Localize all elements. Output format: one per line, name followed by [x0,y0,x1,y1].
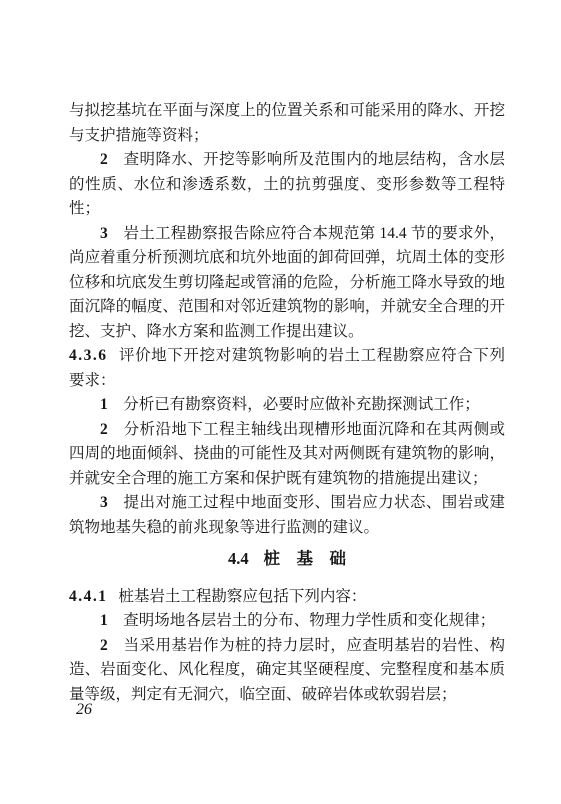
paragraph-list-item: 3提出对施工过程中地面变形、围岩应力状态、围岩或建筑物地基失稳的前兆现象等进行监… [69,491,505,540]
paragraph-text: 桩基岩土工程勘察应包括下列内容： [118,588,366,605]
clause-number: 1 [100,396,108,413]
clause-number: 4.4.1 [69,588,108,605]
section-heading: 4.4桩 基 础 [69,547,505,572]
clause-number: 2 [100,421,108,438]
paragraph-text: 桩 基 础 [263,549,346,568]
clause-number: 2 [100,151,108,168]
clause-number: 4.3.6 [69,347,108,364]
paragraph-text: 与拟挖基坑在平面与深度上的位置关系和可能采用的降水、开挖与支护措施等资料； [69,102,505,144]
paragraph-list-item: 1分析已有勘察资料，必要时应做补充勘探测试工作； [69,393,505,418]
paragraph-list-item: 1查明场地各层岩土的分布、物理力学性质和变化规律； [69,609,505,634]
paragraph-list-item: 2查明降水、开挖等影响所及范围内的地层结构，含水层的性质、水位和渗透系数，土的抗… [69,148,505,222]
paragraph-text: 查明场地各层岩土的分布、物理力学性质和变化规律； [123,612,495,629]
clause-number: 2 [100,637,108,654]
clause-number: 1 [100,612,108,629]
clause-number: 3 [100,225,108,242]
paragraph-text: 分析沿地下工程主轴线出现槽形地面沉降和在其两侧或四周的地面倾斜、挠曲的可能性及其… [69,421,505,487]
paragraph-list-item: 2分析沿地下工程主轴线出现槽形地面沉降和在其两侧或四周的地面倾斜、挠曲的可能性及… [69,418,505,492]
paragraph-text: 评价地下开挖对建筑物影响的岩土工程勘察应符合下列要求： [69,347,505,389]
paragraph-list-item: 2当采用基岩作为桩的持力层时，应查明基岩的岩性、构造、岩面变化、风化程度，确定其… [69,634,505,708]
paragraph-list-item: 3岩土工程勘察报告除应符合本规范第 14.4 节的要求外，尚应着重分析预测坑底和… [69,222,505,345]
paragraph-clause: 4.4.1桩基岩土工程勘察应包括下列内容： [69,585,505,610]
document-page: 与拟挖基坑在平面与深度上的位置关系和可能采用的降水、开挖与支护措施等资料；2查明… [0,0,561,804]
paragraph-continuation: 与拟挖基坑在平面与深度上的位置关系和可能采用的降水、开挖与支护措施等资料； [69,99,505,148]
paragraph-text: 查明降水、开挖等影响所及范围内的地层结构，含水层的性质、水位和渗透系数，土的抗剪… [69,151,505,217]
paragraph-clause: 4.3.6评价地下开挖对建筑物影响的岩土工程勘察应符合下列要求： [69,344,505,393]
clause-number: 3 [100,494,108,511]
paragraph-text: 当采用基岩作为桩的持力层时，应查明基岩的岩性、构造、岩面变化、风化程度，确定其坚… [69,637,505,703]
paragraph-text: 分析已有勘察资料，必要时应做补充勘探测试工作； [123,396,480,413]
paragraph-text: 岩土工程勘察报告除应符合本规范第 14.4 节的要求外，尚应着重分析预测坑底和坑… [69,225,505,340]
page-number: 26 [76,701,92,719]
text-block: 与拟挖基坑在平面与深度上的位置关系和可能采用的降水、开挖与支护措施等资料；2查明… [69,99,505,707]
paragraph-text: 提出对施工过程中地面变形、围岩应力状态、围岩或建筑物地基失稳的前兆现象等进行监测… [69,494,505,536]
section-number: 4.4 [228,549,249,568]
